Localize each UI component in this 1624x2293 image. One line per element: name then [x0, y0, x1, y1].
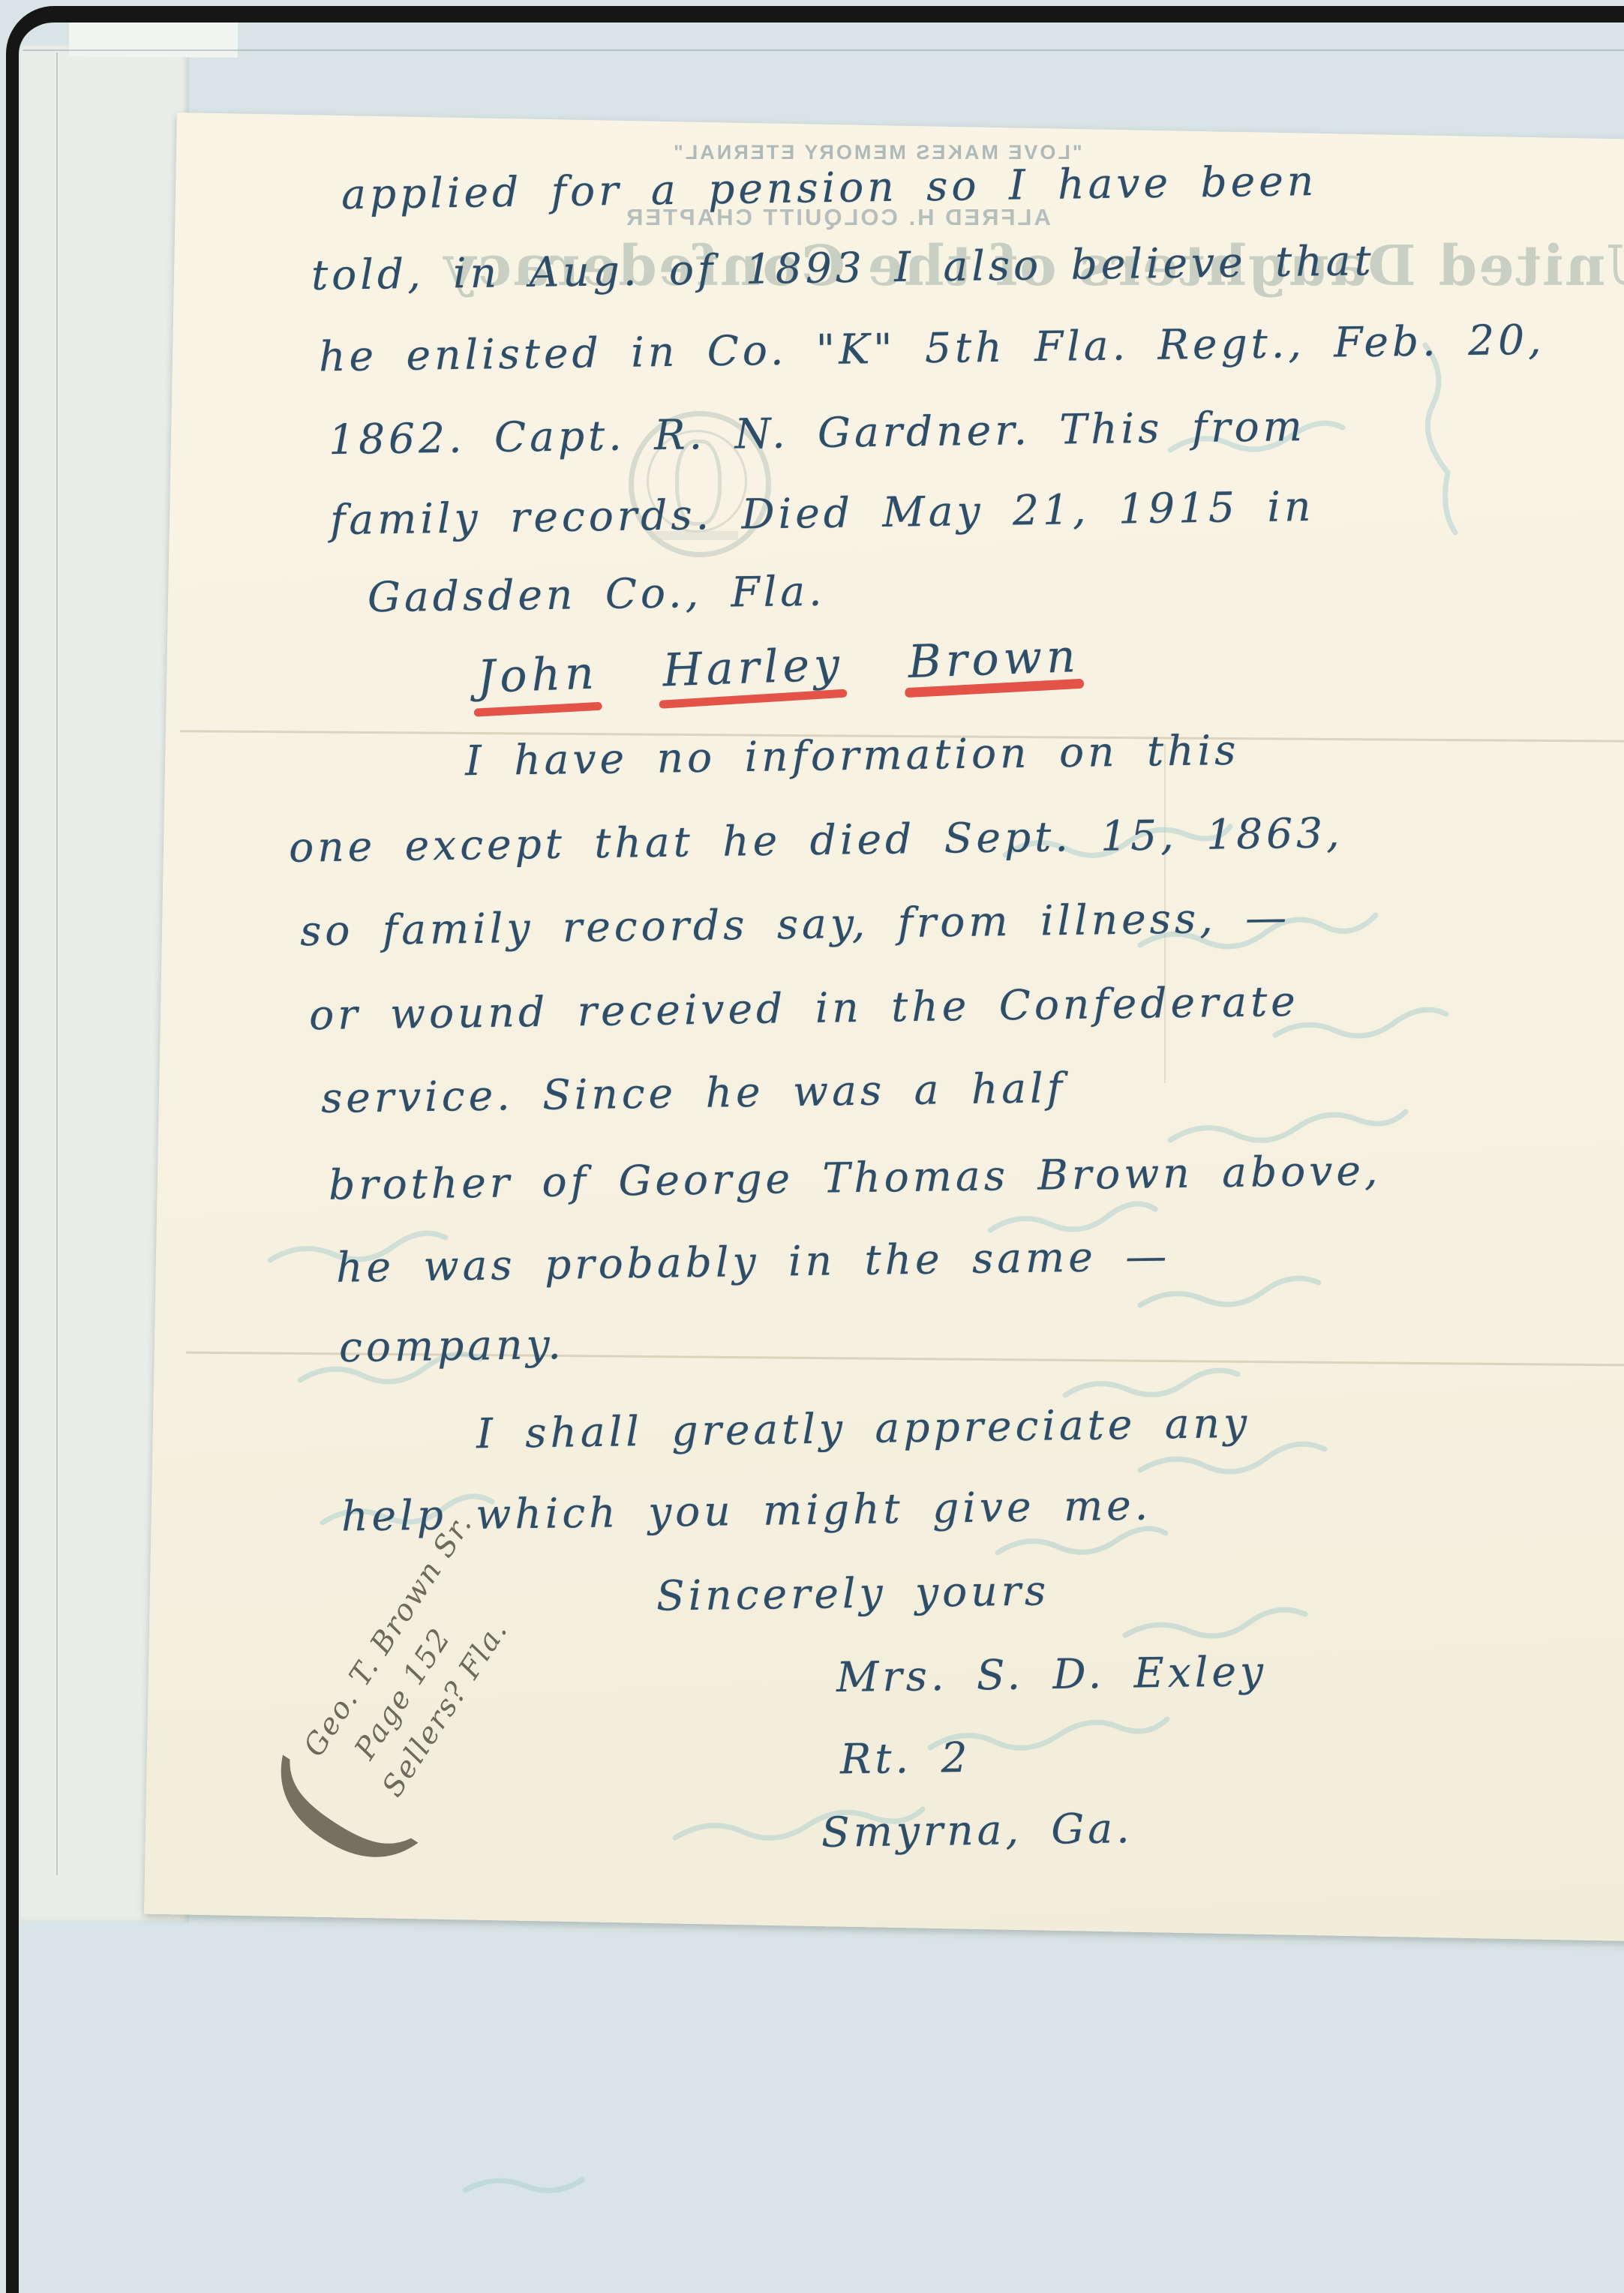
heading-word-underlined: John: [476, 647, 599, 704]
letter-signature: Mrs. S. D. Exley: [836, 1647, 1268, 1701]
letter-line: Gadsden Co., Fla.: [368, 567, 826, 622]
underlay-sheet-edge: [56, 53, 58, 1875]
heading-word-underlined: Harley: [662, 638, 845, 697]
letter-address-city: Smyrna, Ga.: [821, 1804, 1133, 1856]
letter-address-route: Rt. 2: [840, 1733, 971, 1783]
heading-word-underlined: Brown: [908, 630, 1081, 689]
scan-background: "LOVE MAKES MEMORY ETERNAL" ALFRED H. CO…: [0, 0, 1624, 2293]
letter-closing: Sincerely yours: [656, 1566, 1050, 1619]
pencil-annotation: ( Geo. T. Brown Sr. Page 152 Sellers? Fl…: [225, 1489, 585, 1894]
corner-tab: [69, 17, 238, 58]
letter-line: company.: [339, 1320, 566, 1371]
background-edge-line: [23, 50, 1624, 51]
